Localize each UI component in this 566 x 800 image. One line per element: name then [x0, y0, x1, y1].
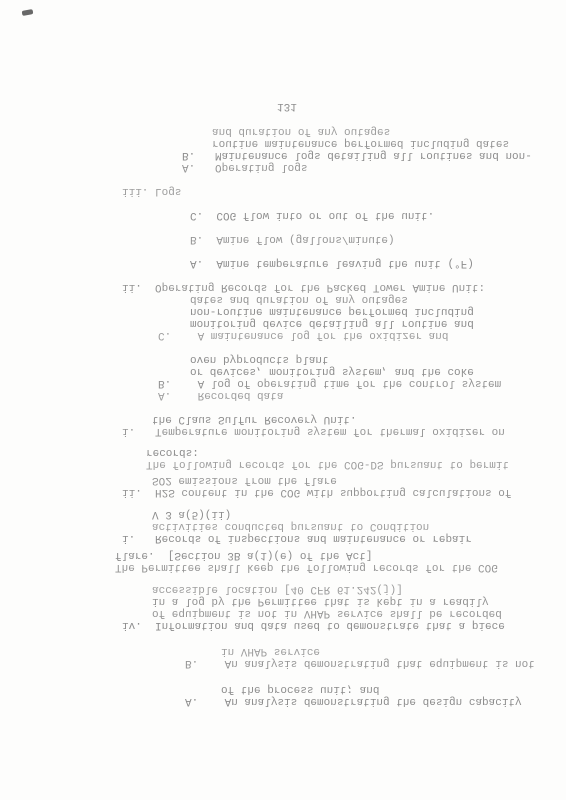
page-number: 131: [277, 100, 297, 112]
document-line: iii. Logs: [122, 185, 181, 197]
document-line: SO2 emissions from the flare: [152, 474, 337, 486]
document-line: A. Operating logs: [182, 161, 307, 173]
document-line: activities conducted pursuant to Conditi…: [152, 520, 429, 532]
document-line: C. A maintenance log for the oxidizer an…: [158, 329, 448, 341]
scanned-document-page: A. An analysis demonstrating the design …: [0, 0, 566, 800]
document-line: i. Temperature monitoring system for the…: [122, 425, 505, 437]
document-line: and duration of any outages: [212, 125, 390, 137]
document-line: monitoring device detailing all routine …: [190, 317, 474, 329]
document-line: V 3 a(5)(ii): [152, 508, 231, 520]
document-line: non-routine maintenance performed includ…: [190, 305, 474, 317]
document-line: or devices, monitoring system, and the c…: [190, 365, 474, 377]
document-line: of the process unit; and: [221, 683, 379, 695]
document-line: B. An analysis demonstrating that equipm…: [185, 657, 535, 669]
document-line: in a log by the Permittee that is kept i…: [152, 595, 489, 607]
document-line: B. Amine flow (gallons/minute): [190, 233, 395, 245]
document-line: in VHAP service: [221, 645, 320, 657]
document-line: A. Amine temperature leaving the unit (°…: [190, 257, 474, 269]
document-line: the Claus Sulfur Recovery Unit.: [152, 413, 357, 425]
document-line: routine maintenance performed including …: [212, 137, 509, 149]
document-line: A. Recorded data: [158, 389, 283, 401]
document-line: oven byproducts plant: [190, 353, 329, 365]
document-line: of equipment is not in VHAP service shal…: [152, 607, 502, 619]
document-line: ii. H2S content in the COG with supporti…: [122, 486, 511, 498]
document-line: i. Records of inspections and maintenanc…: [122, 532, 472, 544]
document-line: The following records for the COG-DS pur…: [146, 458, 509, 470]
document-line: C. COG flow into or out of the unit.: [190, 209, 434, 221]
document-line: accessible location [40 CFR 61.242(j)]: [152, 583, 403, 595]
document-line: B. A log of operating time for the contr…: [158, 377, 501, 389]
document-line: A. An analysis demonstrating the design …: [185, 695, 522, 707]
document-content: A. An analysis demonstrating the design …: [0, 0, 566, 800]
document-line: flare. [Section 3B a(1)(e) of the Act]: [115, 549, 372, 561]
document-line: dates and duration of any outages: [190, 293, 408, 305]
document-line: The Permittee shall keep the following r…: [115, 561, 498, 573]
document-line: ii. Operating Records for the Packed Tow…: [122, 281, 485, 293]
document-line: records:: [146, 446, 199, 458]
document-line: iv. Information and data used to demonst…: [122, 619, 505, 631]
document-line: B. Maintenance logs detailing all routin…: [182, 149, 532, 161]
